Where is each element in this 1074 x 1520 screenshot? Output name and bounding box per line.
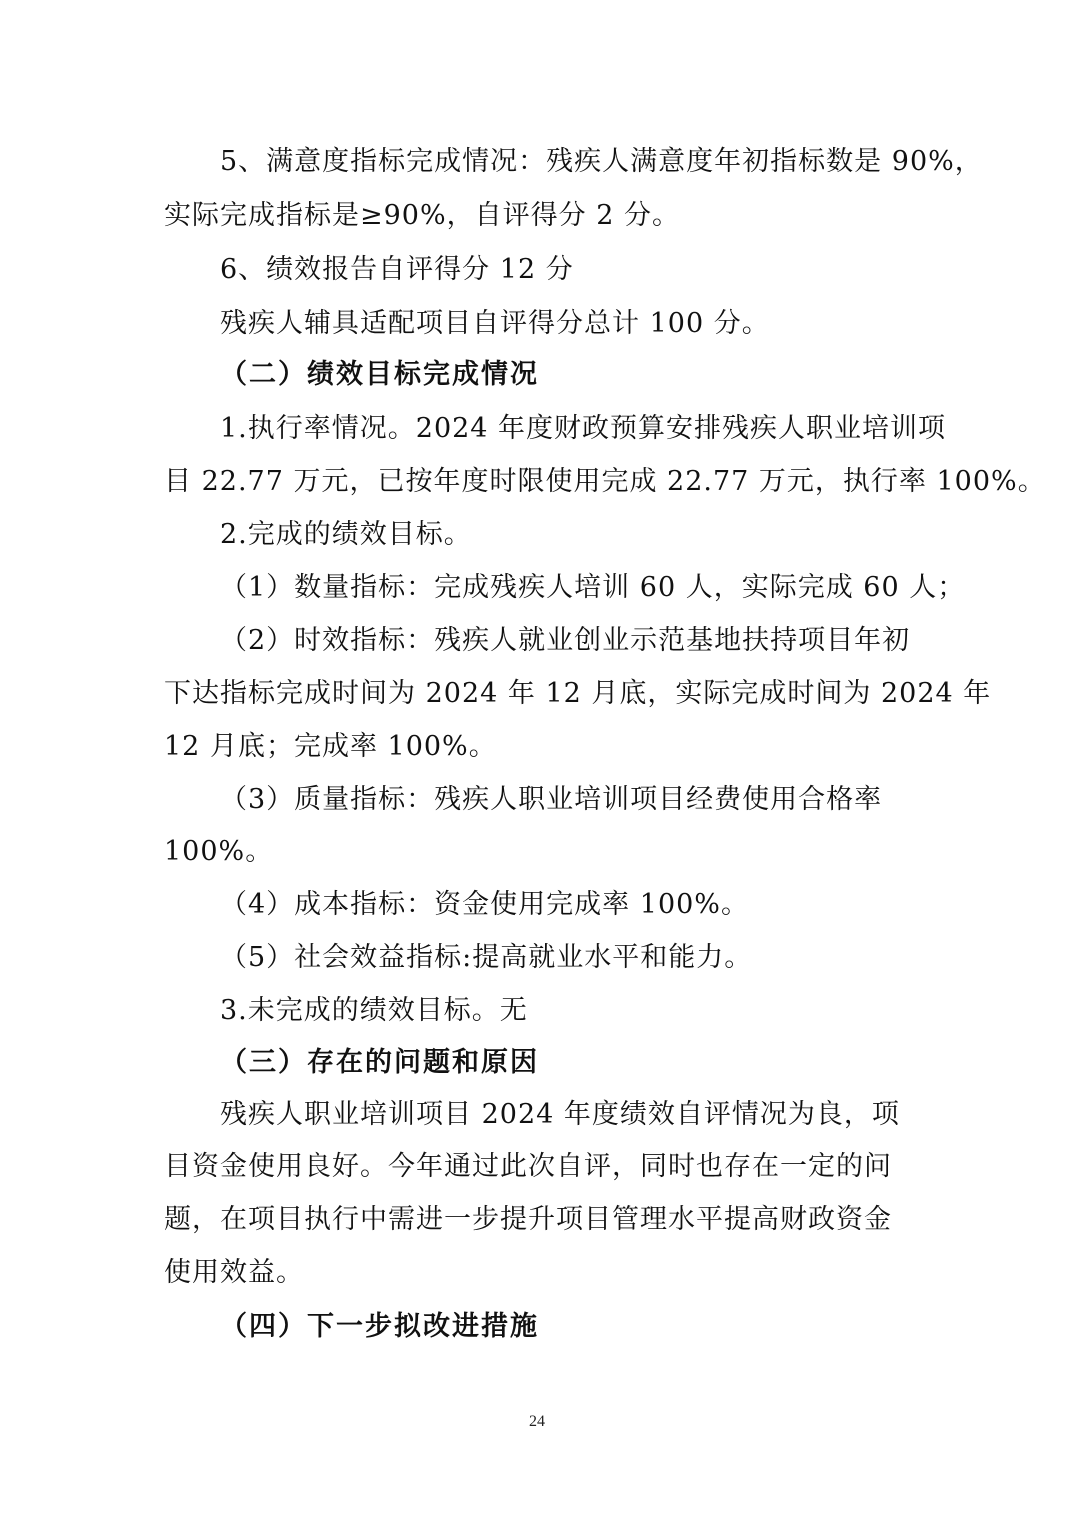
section-heading: （二）绩效目标完成情况 [220, 361, 539, 388]
paragraph-line: 12 月底；完成率 100%。 [164, 733, 497, 760]
paragraph-line: 1.执行率情况。2024 年度财政预算安排残疾人职业培训项 [220, 415, 946, 442]
document-page: 5、满意度指标完成情况：残疾人满意度年初指标数是 90%， 实际完成指标是≥90… [0, 0, 1074, 1520]
paragraph-line: 5、满意度指标完成情况：残疾人满意度年初指标数是 90%， [220, 148, 983, 175]
paragraph-line: 实际完成指标是≥90%，自评得分 2 分。 [164, 202, 680, 229]
paragraph-line: 使用效益。 [164, 1259, 304, 1286]
page-number: 24 [0, 1413, 1074, 1431]
paragraph-line: （2）时效指标：残疾人就业创业示范基地扶持项目年初 [220, 627, 910, 654]
paragraph-line: （3）质量指标：残疾人职业培训项目经费使用合格率 [220, 786, 882, 813]
paragraph-line: 3.未完成的绩效目标。无 [220, 997, 528, 1024]
paragraph-line: 6、绩效报告自评得分 12 分 [220, 256, 574, 283]
paragraph-line: （4）成本指标：资金使用完成率 100%。 [220, 891, 749, 918]
paragraph-line: 下达指标完成时间为 2024 年 12 月底，实际完成时间为 2024 年 [164, 680, 991, 707]
paragraph-line: 2.完成的绩效目标。 [220, 521, 472, 548]
paragraph-line: 残疾人职业培训项目 2024 年度绩效自评情况为良，项 [220, 1101, 900, 1128]
paragraph-line: 残疾人辅具适配项目自评得分总计 100 分。 [220, 310, 770, 337]
paragraph-line: （5）社会效益指标:提高就业水平和能力。 [220, 944, 752, 971]
paragraph-line: 目 22.77 万元，已按年度时限使用完成 22.77 万元，执行率 100%。 [164, 468, 1046, 495]
section-heading: （四）下一步拟改进措施 [220, 1313, 539, 1340]
paragraph-line: 目资金使用良好。今年通过此次自评，同时也存在一定的问 [164, 1153, 892, 1180]
paragraph-line: （1）数量指标：完成残疾人培训 60 人，实际完成 60 人； [220, 574, 965, 601]
section-heading: （三）存在的问题和原因 [220, 1049, 539, 1076]
paragraph-line: 题，在项目执行中需进一步提升项目管理水平提高财政资金 [164, 1206, 892, 1233]
paragraph-line: 100%。 [164, 838, 273, 865]
